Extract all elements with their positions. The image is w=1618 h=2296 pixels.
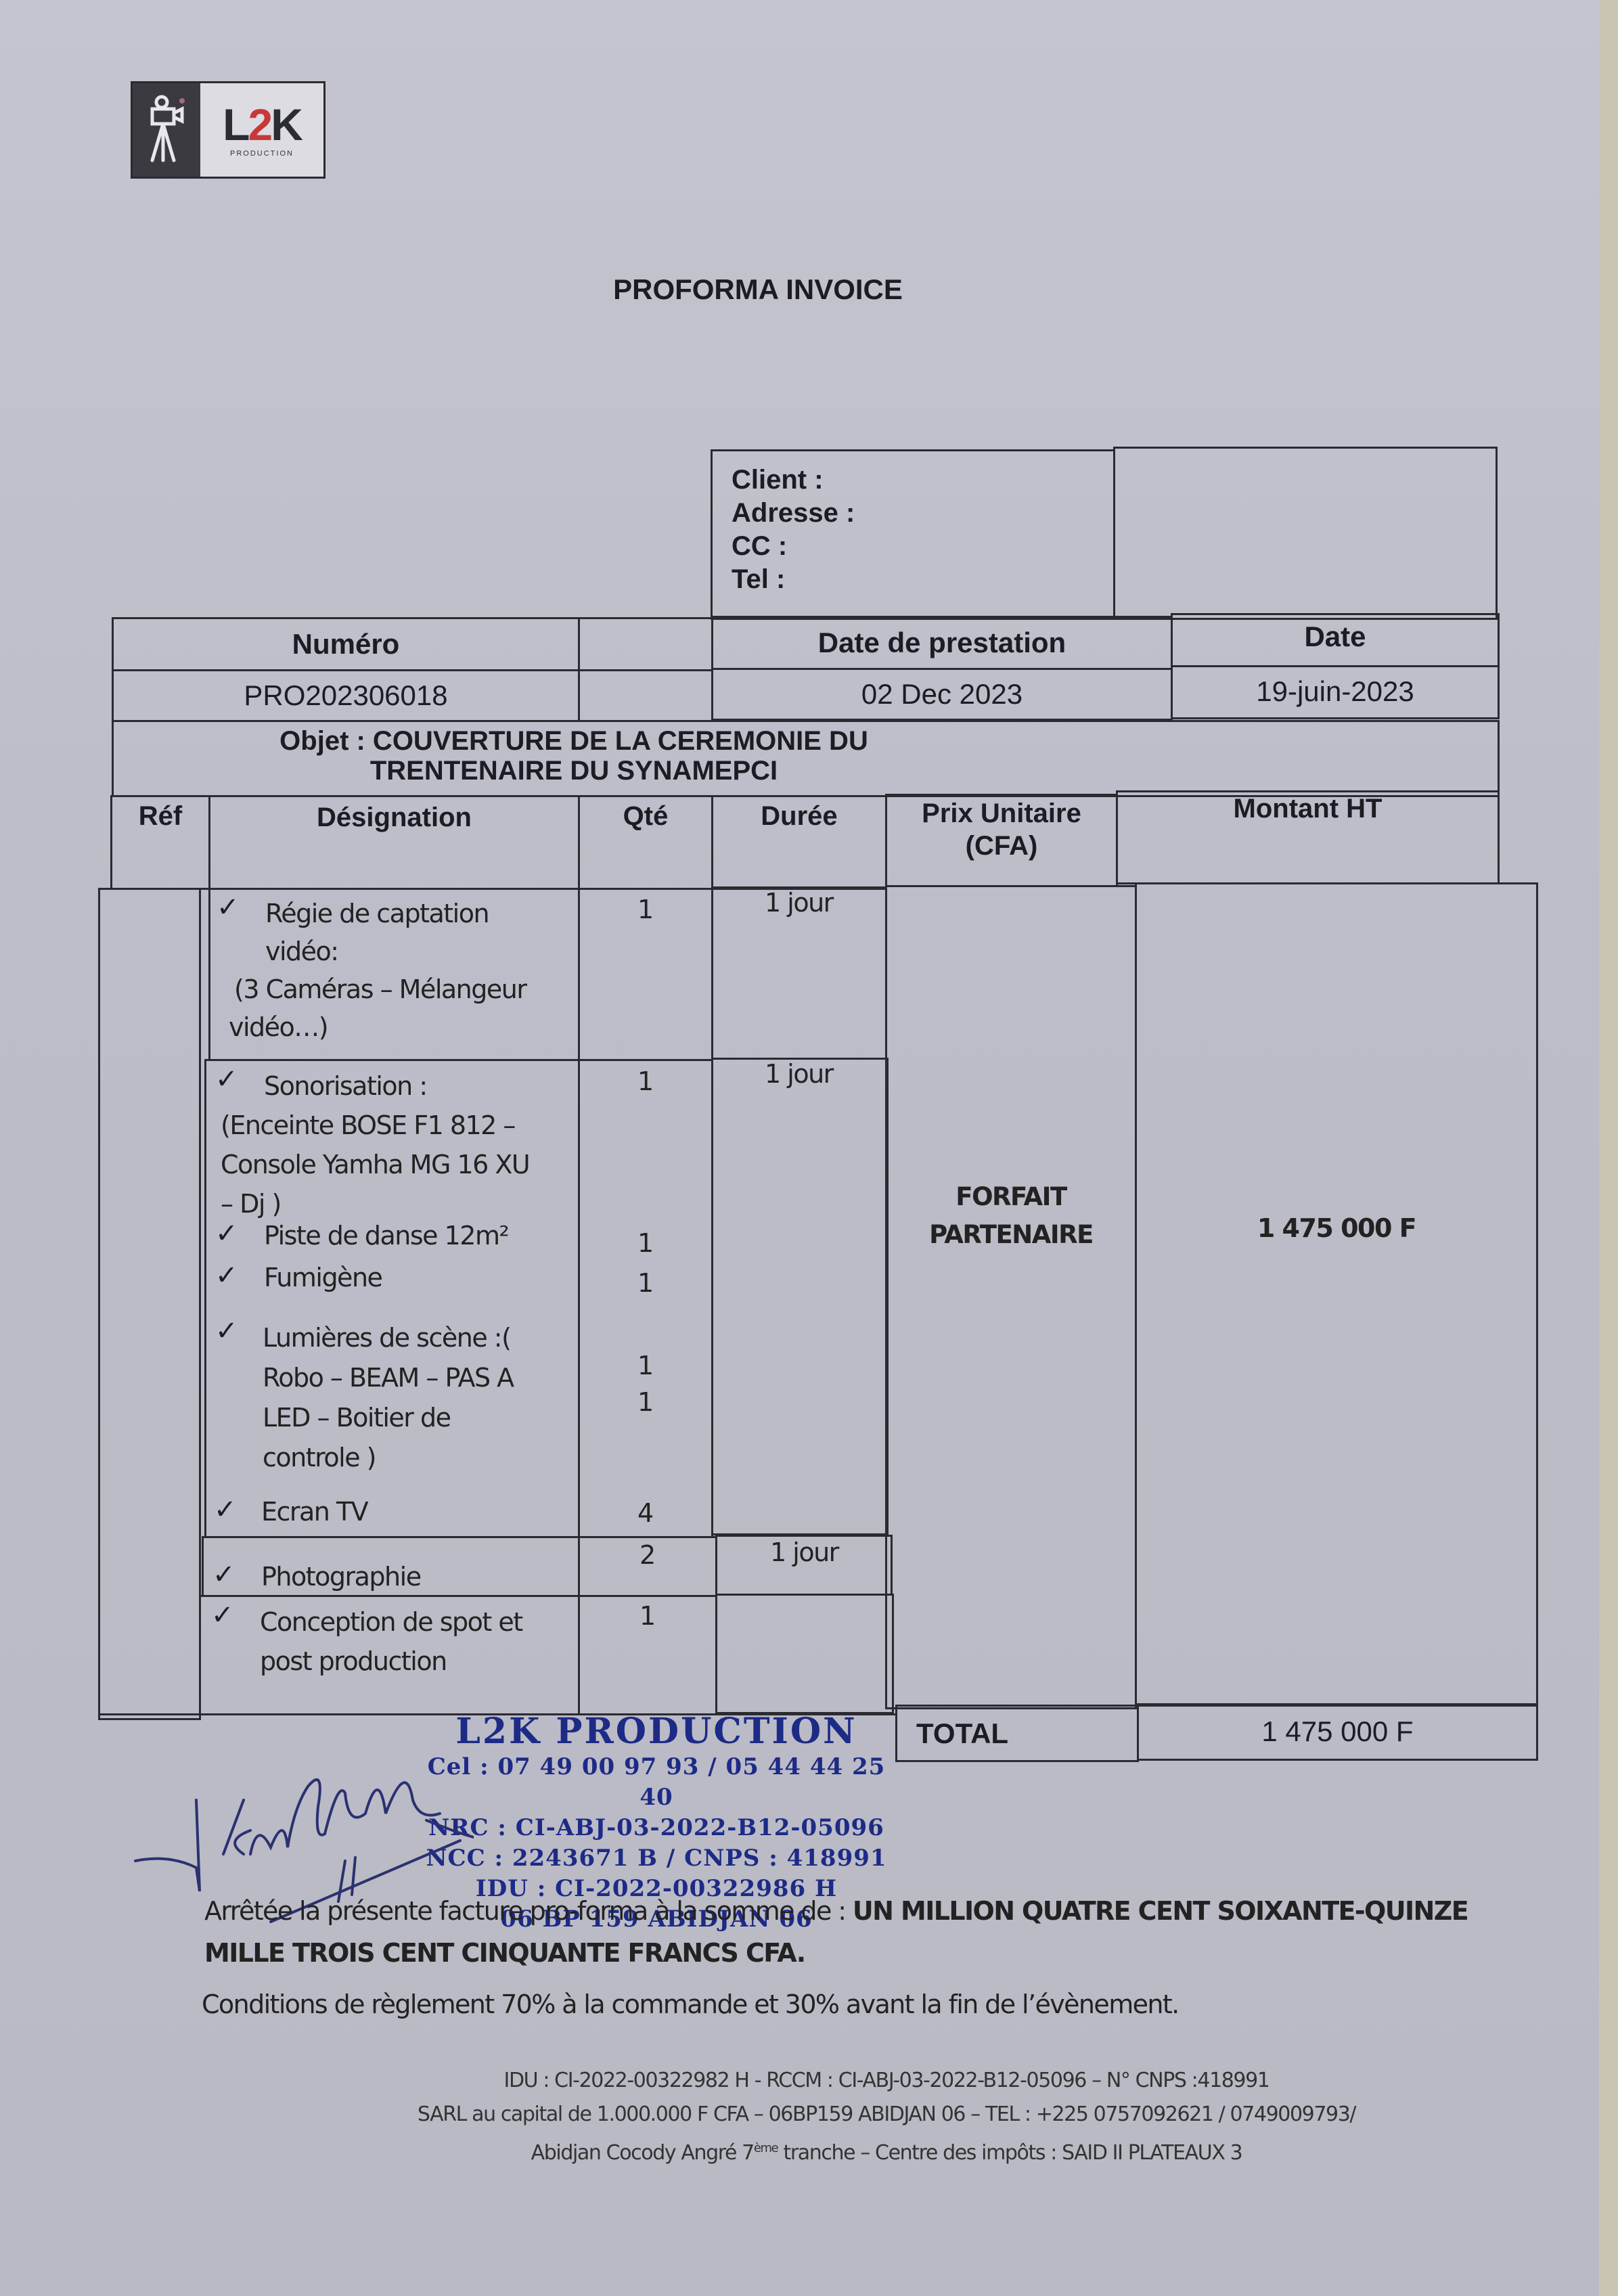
item-lumieres-scene: Lumières de scène :( Robo – BEAM – PAS A…	[263, 1318, 514, 1478]
check-icon: ✓	[215, 1260, 238, 1291]
footer-line-2: SARL au capital de 1.000.000 F CFA – 06B…	[298, 2098, 1475, 2132]
objet-line-2: TRENTENAIRE DU SYNAMEPCI	[114, 756, 1034, 786]
ref-column-body	[98, 888, 201, 1720]
col-ref: Réf	[110, 795, 210, 890]
duree-value: 1 jour	[770, 1537, 838, 1567]
qte-value: 1	[637, 1228, 653, 1258]
check-icon: ✓	[211, 1600, 234, 1631]
total-value: 1 475 000 F	[1137, 1703, 1538, 1761]
item-sonorisation: Sonorisation : (Enceinte BOSE F1 812 – C…	[221, 1066, 529, 1223]
duree-value: 1 jour	[765, 888, 833, 918]
video-camera-tripod-icon	[133, 83, 200, 177]
amount-words-line1: UN MILLION QUATRE CENT SOIXANTE-QUINZE	[853, 1896, 1468, 1926]
item-ecran-tv: Ecran TV	[261, 1497, 367, 1527]
item-photographie: Photographie	[261, 1562, 421, 1592]
company-logo: L2K PRODUCTION	[131, 81, 325, 179]
check-icon: ✓	[214, 1494, 237, 1525]
footer-line-3: Abidjan Cocody Angré 7ème tranche – Cent…	[298, 2132, 1475, 2170]
empty-header-cell	[578, 617, 713, 671]
duree-value: 1 jour	[765, 1059, 833, 1089]
client-info-box: Client : Adresse : CC : Tel :	[711, 449, 1115, 620]
amount-prefix: Arrêtée la présente facture pro-forma à …	[204, 1896, 853, 1926]
date-prestation-header: Date de prestation	[711, 616, 1173, 670]
qte-value: 1	[637, 1268, 653, 1298]
col-montant-ht: Montant HT	[1116, 790, 1500, 884]
objet-row: Objet : COUVERTURE DE LA CEREMONIE DU TR…	[112, 720, 1500, 797]
check-icon: ✓	[215, 1218, 238, 1249]
logo-subtitle: PRODUCTION	[230, 150, 294, 158]
total-label: TOTAL	[895, 1705, 1139, 1762]
stamp-title: L2K PRODUCTION	[413, 1711, 900, 1752]
date-header: Date	[1171, 613, 1500, 667]
numero-value: PRO202306018	[112, 669, 580, 722]
document-title: PROFORMA INVOICE	[0, 273, 1516, 306]
qte-value: 1	[637, 1387, 653, 1417]
client-value-box	[1113, 447, 1498, 620]
client-label: Client :	[732, 464, 1113, 497]
qte-value: 2	[639, 1540, 655, 1570]
footer-line-1: IDU : CI-2022-00322982 H - RCCM : CI-ABJ…	[298, 2064, 1475, 2098]
objet-line-1: Objet : COUVERTURE DE LA CEREMONIE DU	[114, 726, 1034, 756]
col-prix-unitaire: Prix Unitaire(CFA)	[885, 794, 1118, 887]
qte-value: 1	[637, 1066, 653, 1096]
prix-unitaire-cell: FORFAITPARTENAIRE	[885, 885, 1137, 1709]
empty-value-cell	[578, 669, 713, 722]
tel-label: Tel :	[732, 563, 1113, 596]
cc-label: CC :	[732, 530, 1113, 563]
col-qte: Qté	[578, 795, 713, 890]
address-label: Adresse :	[732, 497, 1113, 530]
duree-cell	[715, 1594, 894, 1714]
amount-words-line2: MILLE TROIS CENT CINQUANTE FRANCS CFA.	[204, 1938, 805, 1968]
qte-value: 4	[637, 1498, 653, 1528]
montant-ht-cell: 1 475 000 F	[1135, 882, 1538, 1707]
logo-wordmark: L2K	[223, 102, 301, 147]
duree-cell	[711, 1058, 889, 1535]
col-designation: Désignation	[208, 795, 580, 890]
item-conception-spot: Conception de spot et post production	[260, 1602, 522, 1681]
qte-value: 1	[637, 1351, 653, 1380]
check-icon: ✓	[215, 1315, 238, 1347]
amount-in-words: Arrêtée la présente facture pro-forma à …	[204, 1890, 1510, 1974]
payment-conditions: Conditions de règlement 70% à la command…	[202, 1989, 1179, 2019]
date-prestation-value: 02 Dec 2023	[711, 668, 1173, 721]
item-regie-video: Régie de captation vidéo: (3 Caméras – M…	[223, 895, 526, 1046]
page-edge	[1599, 0, 1618, 2296]
check-icon: ✓	[212, 1559, 235, 1590]
item-fumigene: Fumigène	[264, 1263, 382, 1292]
col-duree: Durée	[711, 795, 887, 890]
company-footer: IDU : CI-2022-00322982 H - RCCM : CI-ABJ…	[298, 2064, 1475, 2170]
date-value: 19-juin-2023	[1171, 665, 1500, 719]
qte-cell	[578, 1059, 713, 1538]
numero-header: Numéro	[112, 617, 580, 671]
item-piste-danse: Piste de danse 12m²	[264, 1221, 508, 1251]
qte-value: 1	[639, 1601, 655, 1631]
qte-value: 1	[637, 895, 653, 924]
